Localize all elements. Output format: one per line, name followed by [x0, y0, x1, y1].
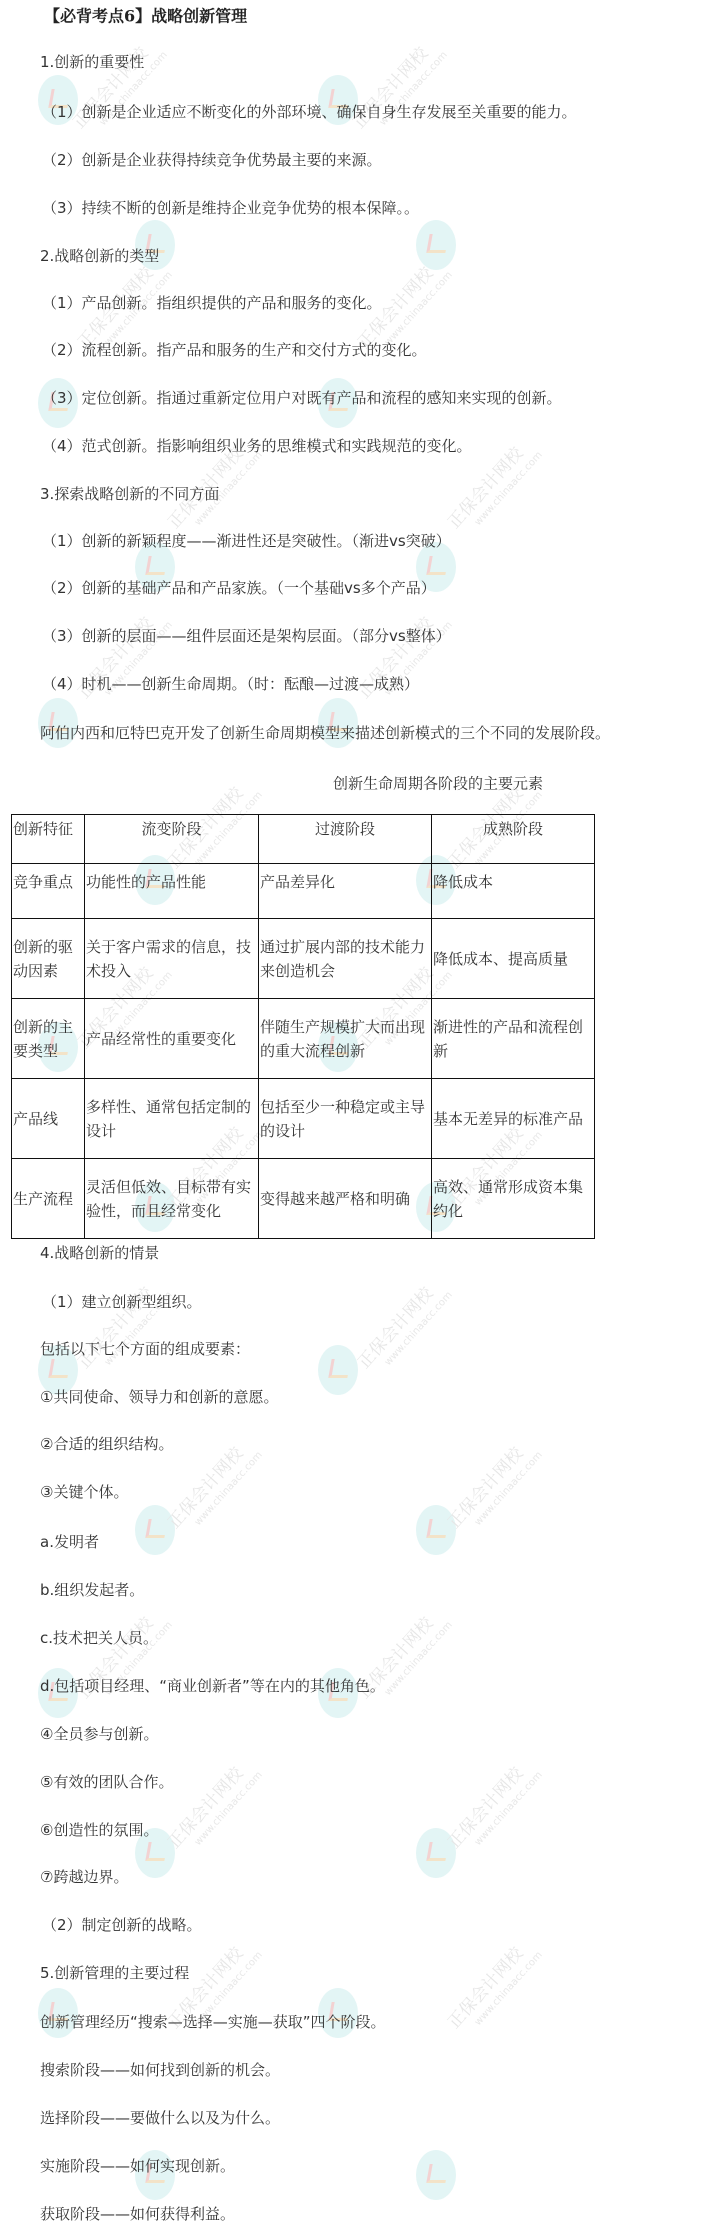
list-item: （3）定位创新。指通过重新定位用户对既有产品和流程的感知来实现的创新。 — [42, 388, 562, 408]
list-item: a.发明者 — [40, 1532, 99, 1552]
table-cell: 产品线 — [12, 1079, 85, 1159]
list-item: 包括以下七个方面的组成要素： — [40, 1339, 250, 1359]
watermark-logo-icon — [318, 1345, 358, 1395]
list-item: ④全员参与创新。 — [40, 1724, 158, 1744]
table-cell: 生产流程 — [12, 1159, 85, 1239]
list-item: （1）建立创新型组织。 — [42, 1292, 202, 1312]
list-item: ⑤有效的团队合作。 — [40, 1772, 173, 1792]
watermark-text: 正保会计网校www.chinaacc.com — [445, 1436, 548, 1544]
paragraph: 创新管理经历“搜索—选择—实施—获取”四个阶段。 — [40, 2012, 386, 2032]
list-item: （4）范式创新。指影响组织业务的思维模式和实践规范的变化。 — [42, 436, 472, 456]
table-cell: 竞争重点 — [12, 864, 85, 919]
watermark-text: 正保会计网校www.chinaacc.com — [165, 1756, 268, 1864]
table-cell: 降低成本、提高质量 — [432, 919, 595, 999]
section-heading: 2.战略创新的类型 — [40, 246, 159, 266]
list-item: ⑥创造性的氛围。 — [40, 1820, 158, 1840]
list-item: ①共同使命、领导力和创新的意愿。 — [40, 1387, 278, 1407]
list-item: （2）创新是企业获得持续竞争优势最主要的来源。 — [42, 150, 382, 170]
list-item: （4）时机——创新生命周期。（时：酝酿—过渡—成熟） — [42, 674, 419, 694]
table-row: 创新的驱动因素 关于客户需求的信息，技术投入 通过扩展内部的技术能力来创造机会 … — [12, 919, 595, 999]
watermark-text: 正保会计网校www.chinaacc.com — [355, 1276, 458, 1384]
table-header-cell: 成熟阶段 — [432, 815, 595, 864]
list-item: ⑦跨越边界。 — [40, 1867, 128, 1887]
table-cell: 功能性的产品性能 — [85, 864, 259, 919]
watermark-text: 正保会计网校www.chinaacc.com — [355, 1606, 458, 1714]
page-title: 【必背考点6】战略创新管理 — [44, 4, 247, 27]
list-item: c.技术把关人员。 — [40, 1628, 158, 1648]
section-heading: 3.探索战略创新的不同方面 — [40, 484, 219, 504]
watermark-text: 正保会计网校www.chinaacc.com — [445, 1756, 548, 1864]
watermark-text: 正保会计网校www.chinaacc.com — [75, 606, 178, 714]
list-item: b.组织发起者。 — [40, 1580, 144, 1600]
table-cell: 创新的主要类型 — [12, 999, 85, 1079]
paragraph: 搜索阶段——如何找到创新的机会。 — [40, 2060, 280, 2080]
section-heading: 4.战略创新的情景 — [40, 1243, 159, 1263]
list-item: （2）流程创新。指产品和服务的生产和交付方式的变化。 — [42, 340, 427, 360]
watermark-text: 正保会计网校www.chinaacc.com — [75, 1606, 178, 1714]
table-header-row: 创新特征 流变阶段 过渡阶段 成熟阶段 — [12, 815, 595, 864]
table-cell: 创新的驱动因素 — [12, 919, 85, 999]
watermark-text: 正保会计网校www.chinaacc.com — [355, 606, 458, 714]
list-item: （1）创新的新颖程度——渐进性还是突破性。（渐进vs突破） — [42, 531, 451, 551]
list-item: （2）制定创新的战略。 — [42, 1915, 202, 1935]
table-cell: 伴随生产规模扩大而出现的重大流程创新 — [259, 999, 432, 1079]
table-row: 产品线 多样性、通常包括定制的设计 包括至少一种稳定或主导的设计 基本无差异的标… — [12, 1079, 595, 1159]
table-cell: 包括至少一种稳定或主导的设计 — [259, 1079, 432, 1159]
table-cell: 灵活但低效、目标带有实验性，而且经常变化 — [85, 1159, 259, 1239]
paragraph: 阿伯内西和厄特巴克开发了创新生命周期模型来描述创新模式的三个不同的发展阶段。 — [40, 723, 610, 743]
table-cell: 产品经常性的重要变化 — [85, 999, 259, 1079]
table-row: 生产流程 灵活但低效、目标带有实验性，而且经常变化 变得越来越严格和明确 高效、… — [12, 1159, 595, 1239]
table-row: 竞争重点 功能性的产品性能 产品差异化 降低成本 — [12, 864, 595, 919]
table-caption: 创新生命周期各阶段的主要元素 — [333, 773, 543, 794]
list-item: （1）创新是企业适应不断变化的外部环境、确保自身生存发展至关重要的能力。 — [42, 102, 577, 122]
section-heading: 5.创新管理的主要过程 — [40, 1963, 189, 1983]
table-cell: 产品差异化 — [259, 864, 432, 919]
table-cell: 多样性、通常包括定制的设计 — [85, 1079, 259, 1159]
list-item: ②合适的组织结构。 — [40, 1434, 173, 1454]
paragraph: 选择阶段——要做什么以及为什么。 — [40, 2108, 280, 2128]
table-cell: 高效、通常形成资本集约化 — [432, 1159, 595, 1239]
table-cell: 基本无差异的标准产品 — [432, 1079, 595, 1159]
lifecycle-table: 创新特征 流变阶段 过渡阶段 成熟阶段 竞争重点 功能性的产品性能 产品差异化 … — [11, 814, 595, 1239]
table-cell: 降低成本 — [432, 864, 595, 919]
table-cell: 变得越来越严格和明确 — [259, 1159, 432, 1239]
paragraph: 实施阶段——如何实现创新。 — [40, 2156, 235, 2176]
section-heading: 1.创新的重要性 — [40, 52, 144, 72]
table-header-cell: 过渡阶段 — [259, 815, 432, 864]
watermark-text: 正保会计网校www.chinaacc.com — [350, 36, 453, 144]
list-item: ③关键个体。 — [40, 1482, 128, 1502]
table-cell: 关于客户需求的信息，技术投入 — [85, 919, 259, 999]
table-header-cell: 创新特征 — [12, 815, 85, 864]
list-item: d.包括项目经理、“商业创新者”等在内的其他角色。 — [40, 1676, 385, 1696]
table-header-cell: 流变阶段 — [85, 815, 259, 864]
table-cell: 渐进性的产品和流程创新 — [432, 999, 595, 1079]
list-item: （3）创新的层面——组件层面还是架构层面。（部分vs整体） — [42, 626, 451, 646]
watermark-text: 正保会计网校www.chinaacc.com — [165, 1436, 268, 1544]
watermark-text: 正保会计网校www.chinaacc.com — [445, 1936, 548, 2044]
paragraph: 获取阶段——如何获得利益。 — [40, 2204, 235, 2224]
list-item: （3）持续不断的创新是维持企业竞争优势的根本保障。。 — [42, 198, 419, 218]
table-cell: 通过扩展内部的技术能力来创造机会 — [259, 919, 432, 999]
watermark-logo-icon — [416, 2150, 456, 2200]
table-row: 创新的主要类型 产品经常性的重要变化 伴随生产规模扩大而出现的重大流程创新 渐进… — [12, 999, 595, 1079]
list-item: （1）产品创新。指组织提供的产品和服务的变化。 — [42, 293, 382, 313]
list-item: （2）创新的基础产品和产品家族。（一个基础vs多个产品） — [42, 578, 436, 598]
